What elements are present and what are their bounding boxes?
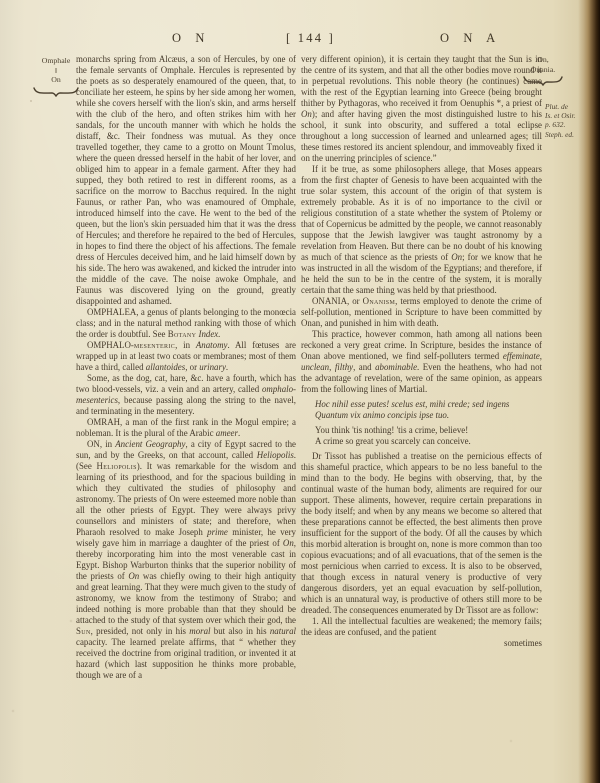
paragraph: Some, as the dog, cat, hare, &c. have a … — [76, 373, 296, 417]
text-run: , — [540, 351, 542, 361]
text-run: urinary — [199, 362, 226, 372]
text-run: filthy — [335, 362, 353, 372]
paragraph: 1. All the intellectual faculties are we… — [301, 616, 542, 638]
verse-line: A crime so great you scarcely can concei… — [315, 436, 542, 447]
text-run: Sun — [76, 626, 91, 636]
text-run: , presided, not only in his — [91, 626, 190, 636]
paper-speck — [30, 100, 32, 102]
text-run: Anatomy — [196, 340, 228, 350]
paragraph: If it be true, as some philosophers alle… — [301, 164, 542, 296]
text-run: Dr Tissot has published a treatise on th… — [301, 451, 542, 615]
text-run: mesenteric — [134, 340, 175, 350]
text-run: Onanism — [363, 296, 396, 306]
margin-note-left: Omphale ‖ On — [33, 56, 79, 97]
text-run: abominable — [375, 362, 417, 372]
verse-line: Quantum vix animo concipis ipse tuo. — [315, 410, 542, 421]
text-run: , and — [353, 362, 375, 372]
text-run: Index. — [196, 329, 220, 339]
text-run: 1. All the intellectual faculties are we… — [301, 616, 542, 637]
paragraph: very different opinion), it is certain t… — [301, 54, 542, 164]
text-run: . — [238, 428, 240, 438]
text-run: effeminate — [503, 351, 540, 361]
text-run: On — [283, 538, 294, 548]
text-run: ON, in — [87, 439, 115, 449]
text-run: , in — [175, 340, 196, 350]
text-run: Botany — [168, 329, 197, 339]
text-run: ). It was remarkable for the wisdom and … — [76, 461, 296, 537]
text-run: Heliopolis — [96, 461, 136, 471]
verse-english: You think 'tis nothing! 'tis a crime, be… — [315, 425, 542, 447]
text-run: Heliopolis — [257, 450, 294, 460]
text-column-right: very different opinion), it is certain t… — [301, 54, 542, 649]
paragraph: OMPHALEA, a genus of plants belonging to… — [76, 307, 296, 340]
brace-icon — [33, 86, 79, 97]
text-run: moral — [189, 626, 210, 636]
text-run: OMRAH, a man of the first rank in the Mo… — [76, 417, 296, 438]
text-run: but also in his — [211, 626, 270, 636]
book-page: O N [ 144 ] O N A Omphale ‖ On On, Onani… — [0, 0, 600, 783]
verse-latin: Hoc nihil esse putes! scelus est, mihi c… — [315, 399, 542, 421]
text-run: unclean — [301, 362, 329, 372]
text-run: prime — [207, 527, 228, 537]
text-run: natural — [270, 626, 296, 636]
text-run: ONANIA, or — [312, 296, 363, 306]
text-run: If it be true, as some philosophers alle… — [301, 164, 542, 262]
verse-line: Hoc nihil esse putes! scelus est, mihi c… — [315, 399, 542, 410]
paragraph: ON, in Ancient Geography, a city of Egyp… — [76, 439, 296, 681]
text-run: OMPHALO- — [87, 340, 134, 350]
text-column-left: monarchs spring from Alcæus, a son of He… — [76, 54, 296, 681]
page-number: [ 144 ] — [286, 31, 335, 46]
paragraph: Dr Tissot has published a treatise on th… — [301, 451, 542, 616]
margin-note-line: On — [33, 75, 79, 85]
running-head-left: O N — [172, 31, 210, 46]
paragraph: monarchs spring from Alcæus, a son of He… — [76, 54, 296, 307]
text-run: very different opinion), it is certain t… — [301, 54, 542, 108]
text-run: , or — [185, 362, 199, 372]
margin-note-line: ‖ — [33, 66, 79, 76]
text-run: Ancient Geography — [115, 439, 185, 449]
paragraph: ONANIA, or Onanism, terms employed to de… — [301, 296, 542, 329]
text-run: On — [128, 571, 139, 581]
text-run: ); and after having given the most disti… — [301, 109, 542, 163]
text-run: allantoides — [146, 362, 185, 372]
verse-line: You think 'tis nothing! 'tis a crime, be… — [315, 425, 542, 436]
catchword: sometimes — [301, 638, 542, 649]
text-run: . — [226, 362, 228, 372]
margin-note-line: Omphale — [33, 56, 79, 66]
paragraph: OMPHALO-mesenteric, in Anatomy. All fœtu… — [76, 340, 296, 373]
text-run: On — [451, 252, 462, 262]
text-run: capacity. The learned prelate affirms, t… — [76, 637, 296, 680]
text-run: On — [301, 109, 312, 119]
text-run: ameer — [216, 428, 238, 438]
text-run: monarchs spring from Alcæus, a son of He… — [76, 54, 296, 306]
running-head-right: O N A — [440, 31, 501, 46]
paragraph: OMRAH, a man of the first rank in the Mo… — [76, 417, 296, 439]
paragraph: This practice, however common, hath amon… — [301, 329, 542, 395]
scanned-page-edge — [578, 0, 600, 783]
